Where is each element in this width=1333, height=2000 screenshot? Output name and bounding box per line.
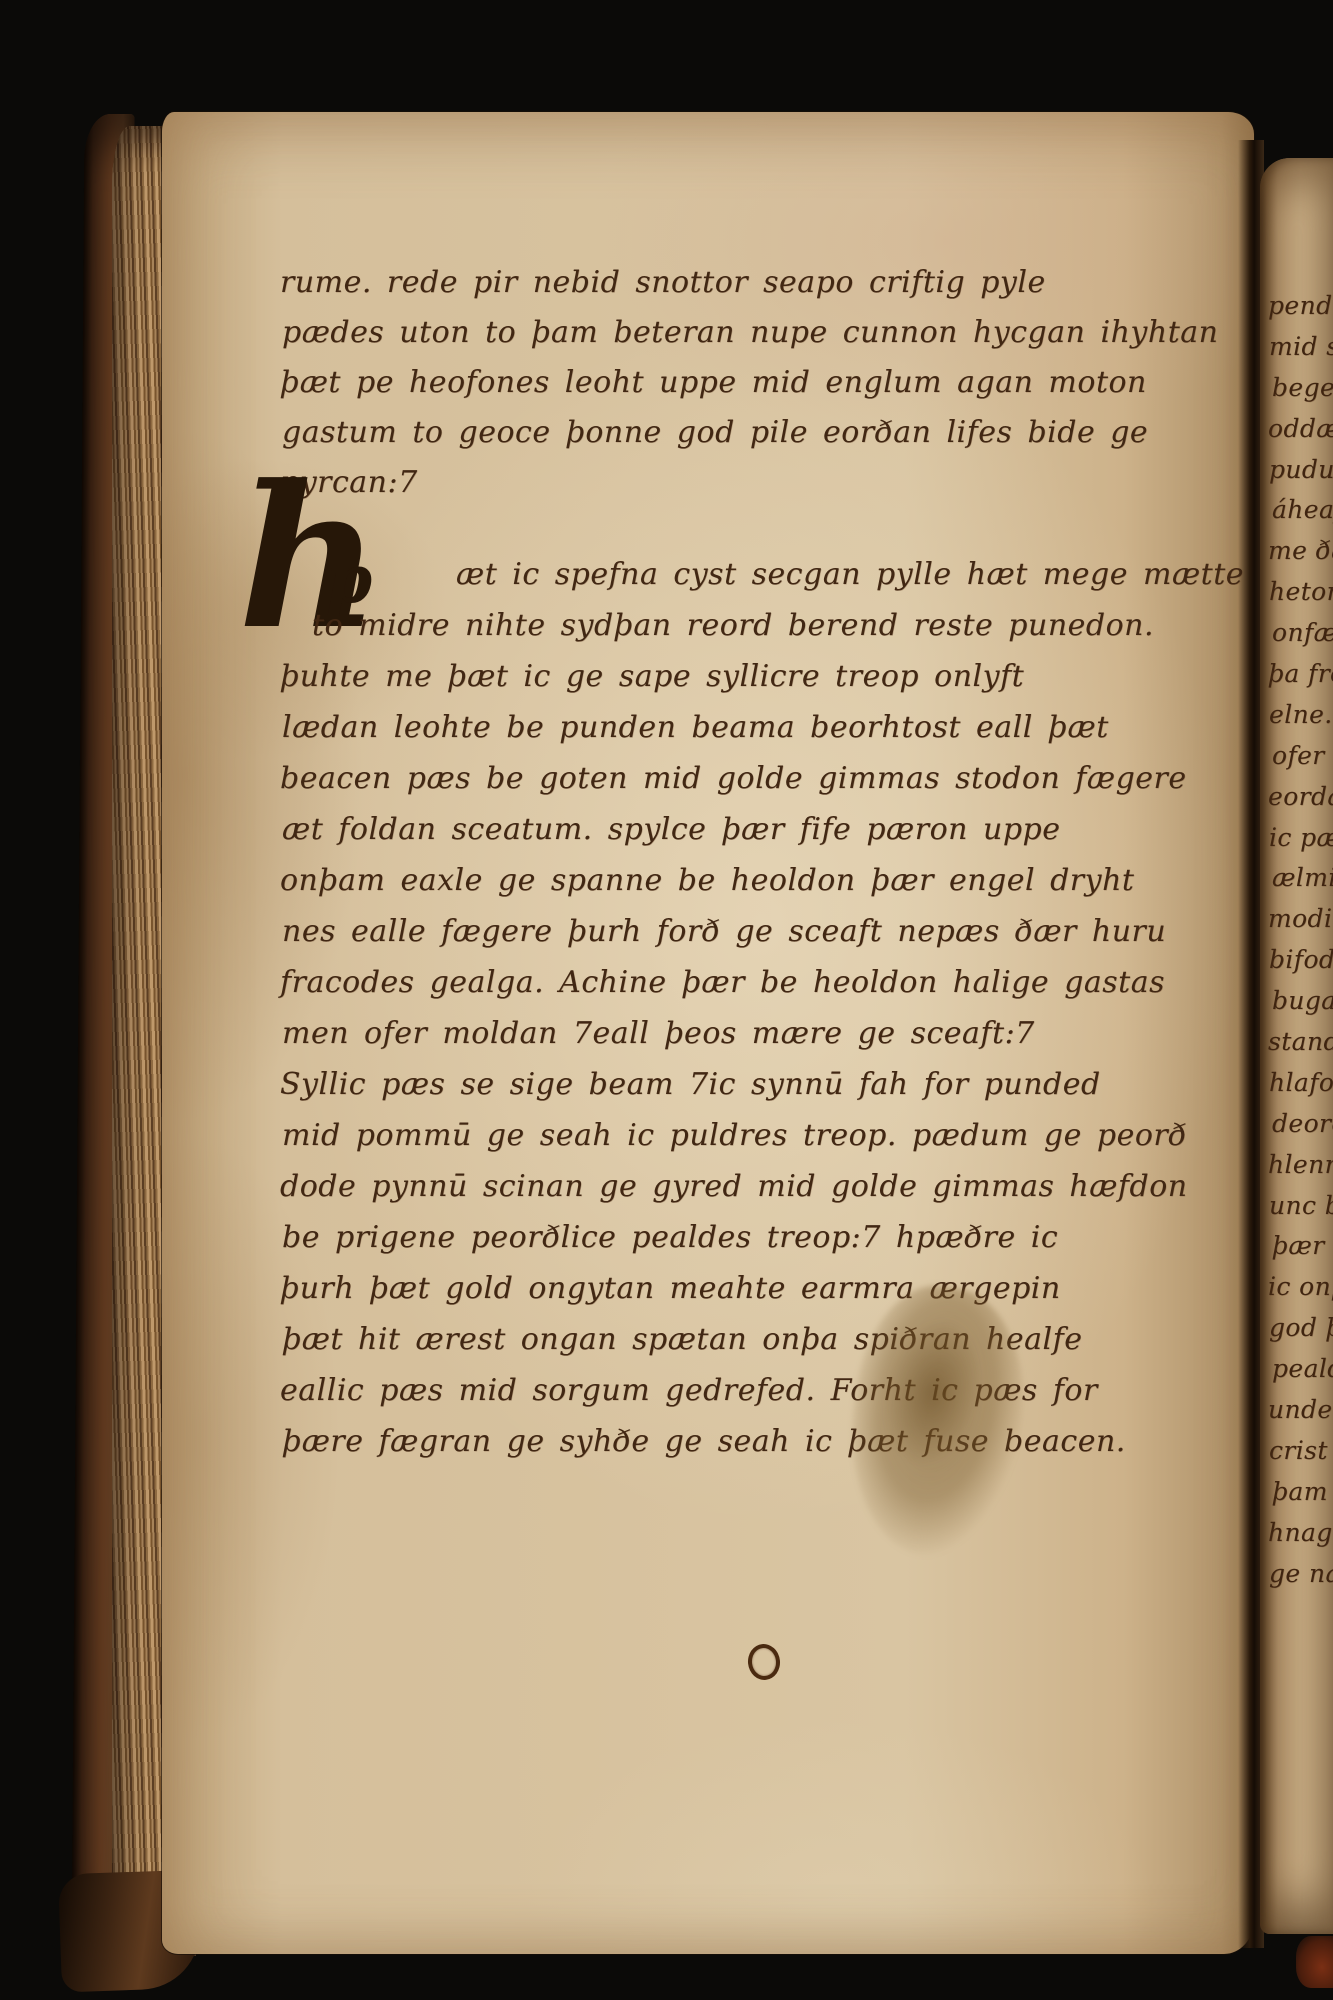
right-page-text-fragment: ic onþa	[1268, 1267, 1333, 1308]
right-page-text-fragment: þa fre	[1268, 654, 1333, 695]
right-page-text-fragment: oddæt	[1268, 409, 1333, 450]
text-line: onþam eaxle ge spanne be heoldon þær eng…	[280, 855, 1244, 906]
right-page-text-fragment: crist p	[1269, 1431, 1333, 1472]
text-line: þæt pe heofones leoht uppe mid englum ag…	[280, 358, 1216, 408]
text-line: nes ealle fægere þurh forð ge sceaft nep…	[282, 906, 1246, 957]
right-page-text-fragment: stand	[1268, 1022, 1333, 1063]
right-page-text-fragment: bifode	[1269, 940, 1333, 981]
right-page-text-fragment: me ðæ	[1268, 531, 1333, 572]
right-page-text-fragment: begende	[1272, 368, 1333, 409]
text-line: lædan leohte be punden beama beorhtost e…	[282, 702, 1246, 753]
manuscript-photo: rume. rede pir nebid snottor seapo crift…	[0, 0, 1333, 2000]
dream-of-the-rood-opening: æt ic spefna cyst secgan pylle hæt mege …	[280, 549, 1244, 1467]
right-page-text-fragment: unc b	[1269, 1186, 1333, 1227]
right-page-text-fragment: mid spa	[1269, 327, 1333, 368]
right-page-text-fragment: elne.	[1269, 695, 1333, 736]
right-page-text-fragment: hlafo	[1269, 1063, 1333, 1104]
right-page-line-fragments: pendanmid spabegendeoddætpudu sáheafme ð…	[1269, 286, 1333, 1595]
right-page-text-fragment: under	[1268, 1390, 1333, 1431]
text-line: Syllic pæs se sige beam 7ic synnū fah fo…	[280, 1059, 1244, 1110]
right-page-text-fragment: bugan	[1272, 981, 1333, 1022]
text-line: beacen pæs be goten mid golde gimmas sto…	[280, 753, 1244, 804]
text-line: pædes uton to þam beteran nupe cunnon hy…	[282, 308, 1218, 358]
text-line: men ofer moldan 7eall þeos mære ge sceaf…	[282, 1008, 1246, 1059]
right-page-text-fragment: ic pæs	[1269, 818, 1333, 859]
right-page-text-fragment: pudu s	[1269, 450, 1333, 491]
right-page-text-fragment: heton	[1269, 572, 1333, 613]
right-page-text-fragment: eorda	[1268, 777, 1333, 818]
text-line: dode pynnū scinan ge gyred mid golde gim…	[280, 1161, 1244, 1212]
text-line: rume. rede pir nebid snottor seapo crift…	[280, 258, 1216, 308]
right-page-text-fragment: þam æ	[1272, 1472, 1333, 1513]
text-line: þurh þæt gold ongytan meahte earmra ærge…	[280, 1263, 1244, 1314]
text-line: be prigene peorðlice pealdes treop:7 hpæ…	[282, 1212, 1246, 1263]
right-page-text-fragment: þær cu	[1272, 1226, 1333, 1267]
right-page-text-fragment: áheaf	[1272, 490, 1333, 531]
left-page-parchment: rume. rede pir nebid snottor seapo crift…	[162, 112, 1254, 1954]
right-page-text-fragment: ofer d	[1272, 736, 1333, 777]
right-page-text-fragment: ge nam	[1269, 1554, 1333, 1595]
right-page-text-fragment: pendan	[1268, 286, 1333, 327]
text-line: æt ic spefna cyst secgan pylle hæt mege …	[280, 549, 1244, 600]
right-page-text-fragment: pealdes	[1272, 1349, 1333, 1390]
right-page-text-fragment: hlenn	[1268, 1145, 1333, 1186]
text-line: æt foldan sceatum. spylce þær fife pæron…	[282, 804, 1246, 855]
right-page-text-fragment: modig	[1268, 899, 1333, 940]
right-page-text-fragment: deorc	[1272, 1104, 1333, 1145]
right-page-text-fragment: hnag ic	[1268, 1513, 1333, 1554]
binding-corner	[1296, 1936, 1333, 1988]
right-page-sliver: pendanmid spabegendeoddætpudu sáheafme ð…	[1260, 158, 1333, 1934]
text-line: gastum to geoce þonne god pile eorðan li…	[282, 408, 1218, 458]
text-line: þuhte me þæt ic ge sape syllicre treop o…	[280, 651, 1244, 702]
previous-poem-ending: rume. rede pir nebid snottor seapo crift…	[280, 258, 1216, 508]
text-line: mid pommū ge seah ic puldres treop. pædu…	[282, 1110, 1246, 1161]
text-line: þæt hit ærest ongan spætan onþa spiðran …	[282, 1314, 1246, 1365]
text-line: eallic pæs mid sorgum gedrefed. Forht ic…	[280, 1365, 1244, 1416]
text-line: fracodes gealga. Achine þær be heoldon h…	[280, 957, 1244, 1008]
right-page-text-fragment: ælmi	[1272, 858, 1333, 899]
quire-mark-o	[746, 1642, 782, 1681]
right-page-text-fragment: god þa	[1269, 1308, 1333, 1349]
text-line: þære fægran ge syhðe ge seah ic þæt fuse…	[282, 1416, 1246, 1467]
right-page-text-fragment: onfæs	[1272, 613, 1333, 654]
text-line: to midre nihte sydþan reord berend reste…	[282, 600, 1246, 651]
